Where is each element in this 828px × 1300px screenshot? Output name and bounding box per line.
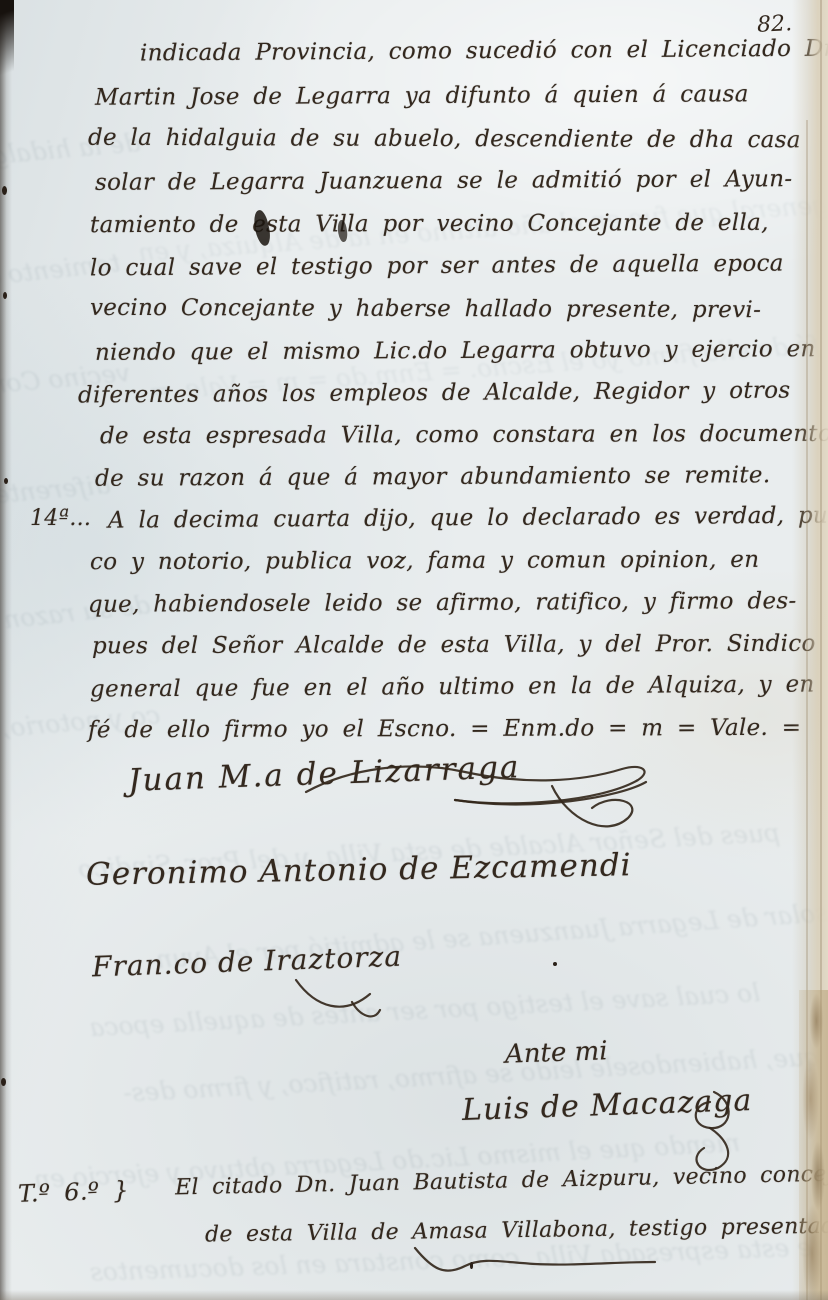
signature-rubric [300,752,660,842]
body-line: de esta espresada Villa, como constara e… [100,421,828,450]
body-line: lo cual save el testigo por ser antes de… [90,251,784,282]
clause-marker: 14ª... [30,506,91,531]
witness-number-marker: T.º 6.º } [18,1176,130,1208]
bleed-through-text: lo cual save el testigo por ser antes de… [89,978,761,1042]
clause-line: que, habiendosele leido se afirmo, ratif… [88,588,797,618]
manuscript-page: de la hidalguia de su abuelo, descendien… [0,0,828,1300]
edge-speck [2,186,7,195]
clause-line: A la decima cuarta dijo, que lo declarad… [108,502,828,533]
body-line: vecino Concejante y haberse hallado pres… [90,295,761,323]
body-line: de su razon á que á mayor abundamiento s… [95,462,771,492]
body-line: niendo que el mismo Lic.do Legarra obtuv… [95,336,816,366]
folio-number: 82. [756,11,792,38]
clause-line: fé de ello firmo yo el Escno. = Enm.do =… [88,715,801,743]
clause-line: co y notorio, publica voz, fama y comun … [90,547,759,575]
edge-speck [3,292,7,299]
page-left-edge-corner [0,0,14,90]
body-line: de la hidalguia de su abuelo, descendien… [88,125,801,153]
body-line: Martin Jose de Legarra ya difunto á quie… [95,81,749,110]
ink-speck [470,1262,473,1269]
edge-speck [1,1078,6,1086]
body-line: solar de Legarra Juanzuena se le admitió… [95,166,793,196]
page-bottom-edge [0,1290,828,1300]
body-line: tamiento de esta Villa por vecino Concej… [90,210,769,238]
clause-line: general que fue en el año ultimo en la d… [90,671,815,702]
witness-signature: Geronimo Antonio de Ezcamendi [86,847,632,893]
body-line: diferentes años los empleos de Alcalde, … [78,378,791,409]
ante-mi-label: Ante mi [505,1036,609,1070]
clause-line: pues del Señor Alcalde de esta Villa, y … [92,631,816,660]
page-left-edge [0,0,12,1300]
footer-flourish [405,1240,665,1285]
footer-line: El citado Dn. Juan Bautista de Aizpuru, … [175,1161,828,1201]
ink-speck [553,962,557,966]
edge-speck [4,478,8,484]
body-line: indicada Provincia, como sucedió con el … [140,36,828,67]
page-right-edge-rough [799,990,828,1300]
signature-rubric [290,972,390,1027]
